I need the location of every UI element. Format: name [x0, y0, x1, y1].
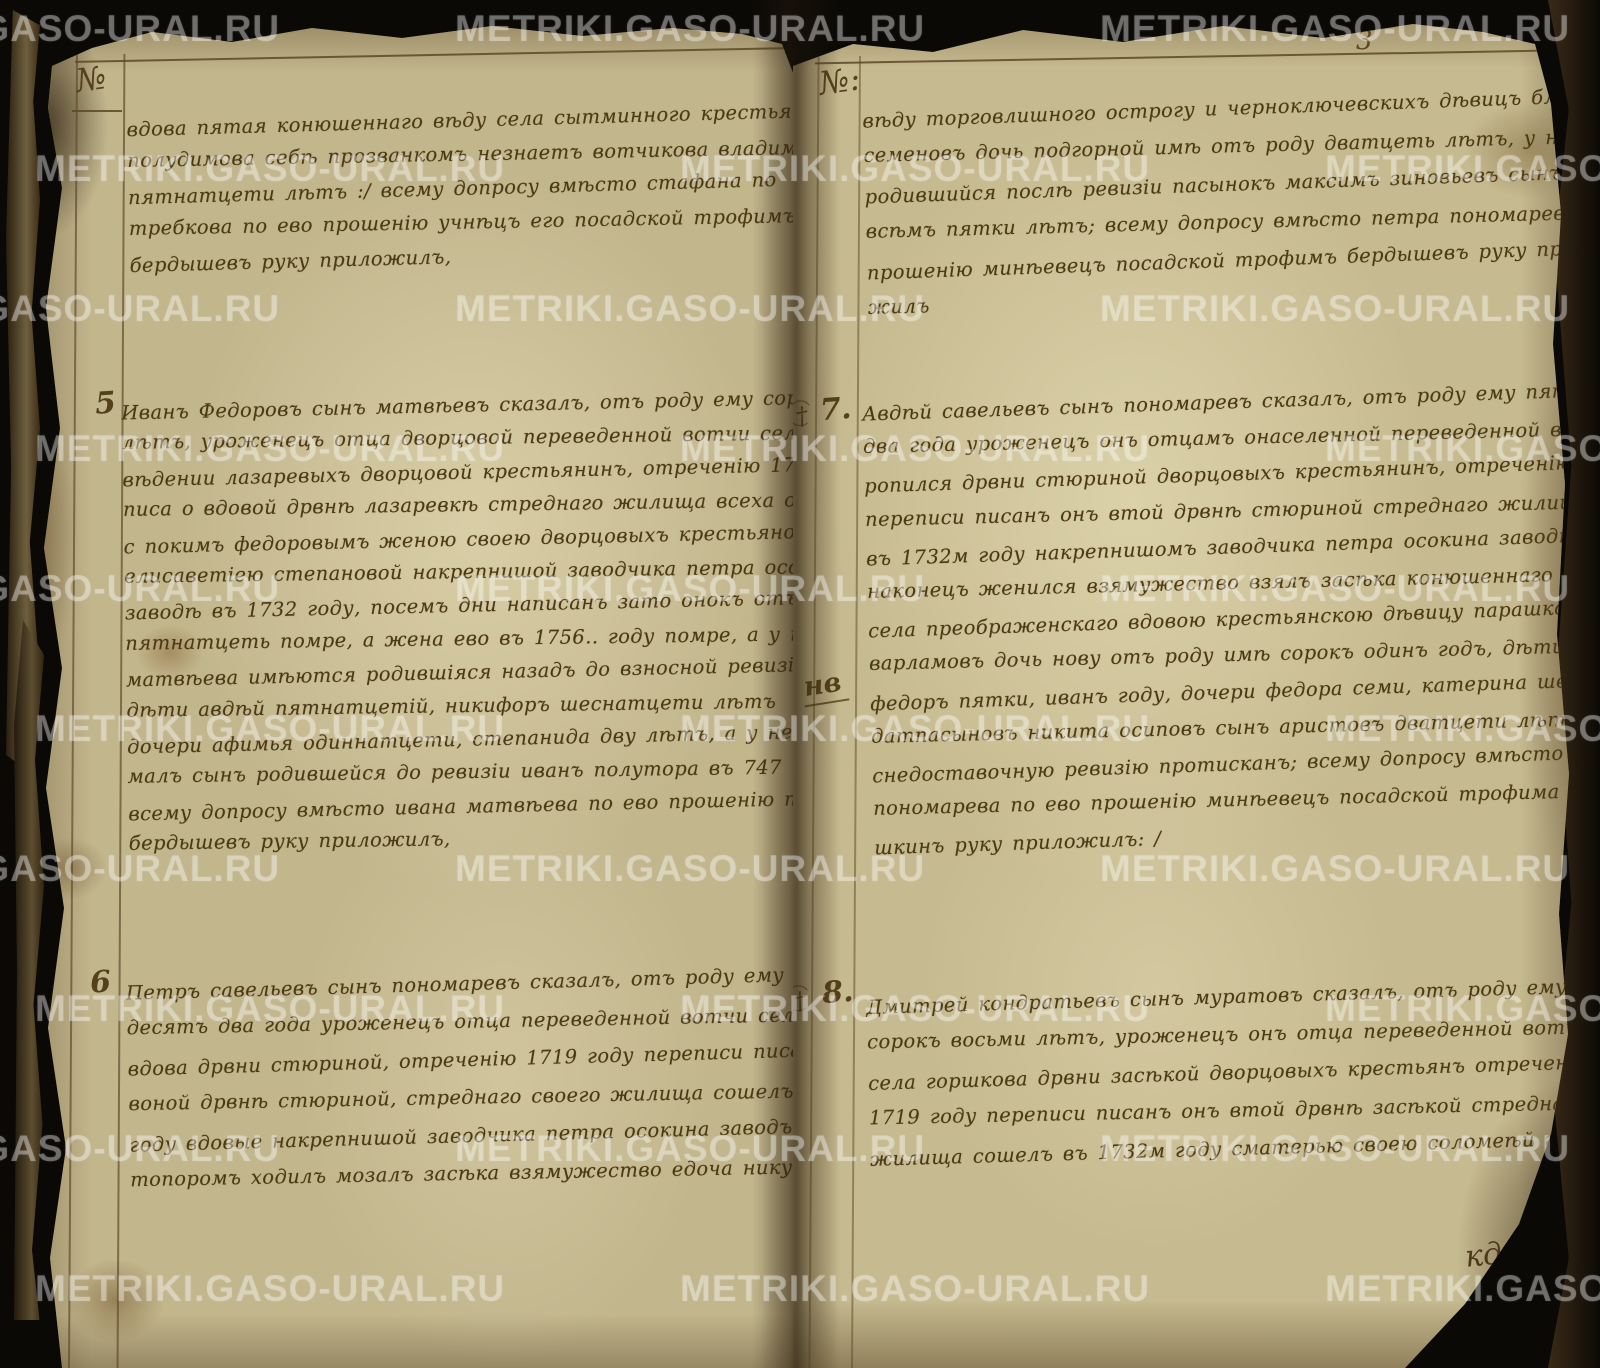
corner-number-label: №:	[817, 59, 863, 102]
entry-number: 6	[89, 964, 112, 1000]
margin-rule-right-outer	[808, 56, 819, 1368]
folio-number: 3	[1356, 26, 1373, 56]
entry-number: 5	[94, 385, 117, 421]
cross-flourish-icon: †	[793, 401, 811, 431]
margin-note: нв	[800, 666, 850, 708]
margin-rule-right-inner	[851, 56, 861, 1368]
entry-number: 8.	[821, 974, 855, 1011]
book-photo: № вдова пятая конюшеннаго вѣду села сытм…	[0, 0, 1600, 1368]
top-rule-left	[75, 47, 791, 63]
manuscript-block-header-right: вѣду торговлишного острогу и черноключев…	[862, 76, 1600, 329]
manuscript-block-entry-8: Дмитрей кондратьевъ сынъ муратовъ сказал…	[866, 967, 1600, 1177]
page-left: № вдова пятая конюшеннаго вѣду села сытм…	[22, 18, 800, 1368]
manuscript-block-header-left: вдова пятая конюшеннаго вѣду села сытмин…	[126, 95, 860, 282]
margin-rule-left-inner	[117, 54, 125, 1368]
cross-flourish-icon: †	[791, 986, 809, 1016]
signature-flourish: кд	[1463, 1236, 1503, 1275]
manuscript-block-entry-6: Петръ савельевъ сынъ пономаревъ сказалъ,…	[126, 955, 892, 1200]
corner-number-label: №	[74, 58, 109, 100]
top-rule-right	[815, 50, 1543, 65]
corner-box-rule-left	[72, 110, 122, 112]
torn-page-stub-left	[14, 620, 44, 1320]
margin-rule-left-outer	[68, 54, 78, 1368]
entry-number: 7.	[819, 391, 853, 428]
manuscript-block-entry-7: Авдѣй савельевъ сынъ пономаревъ сказалъ,…	[862, 372, 1600, 865]
cross-flourish-icon: †	[33, 977, 51, 1007]
page-right: №: 3 вѣду торговлишного острогу и чернок…	[793, 14, 1600, 1368]
